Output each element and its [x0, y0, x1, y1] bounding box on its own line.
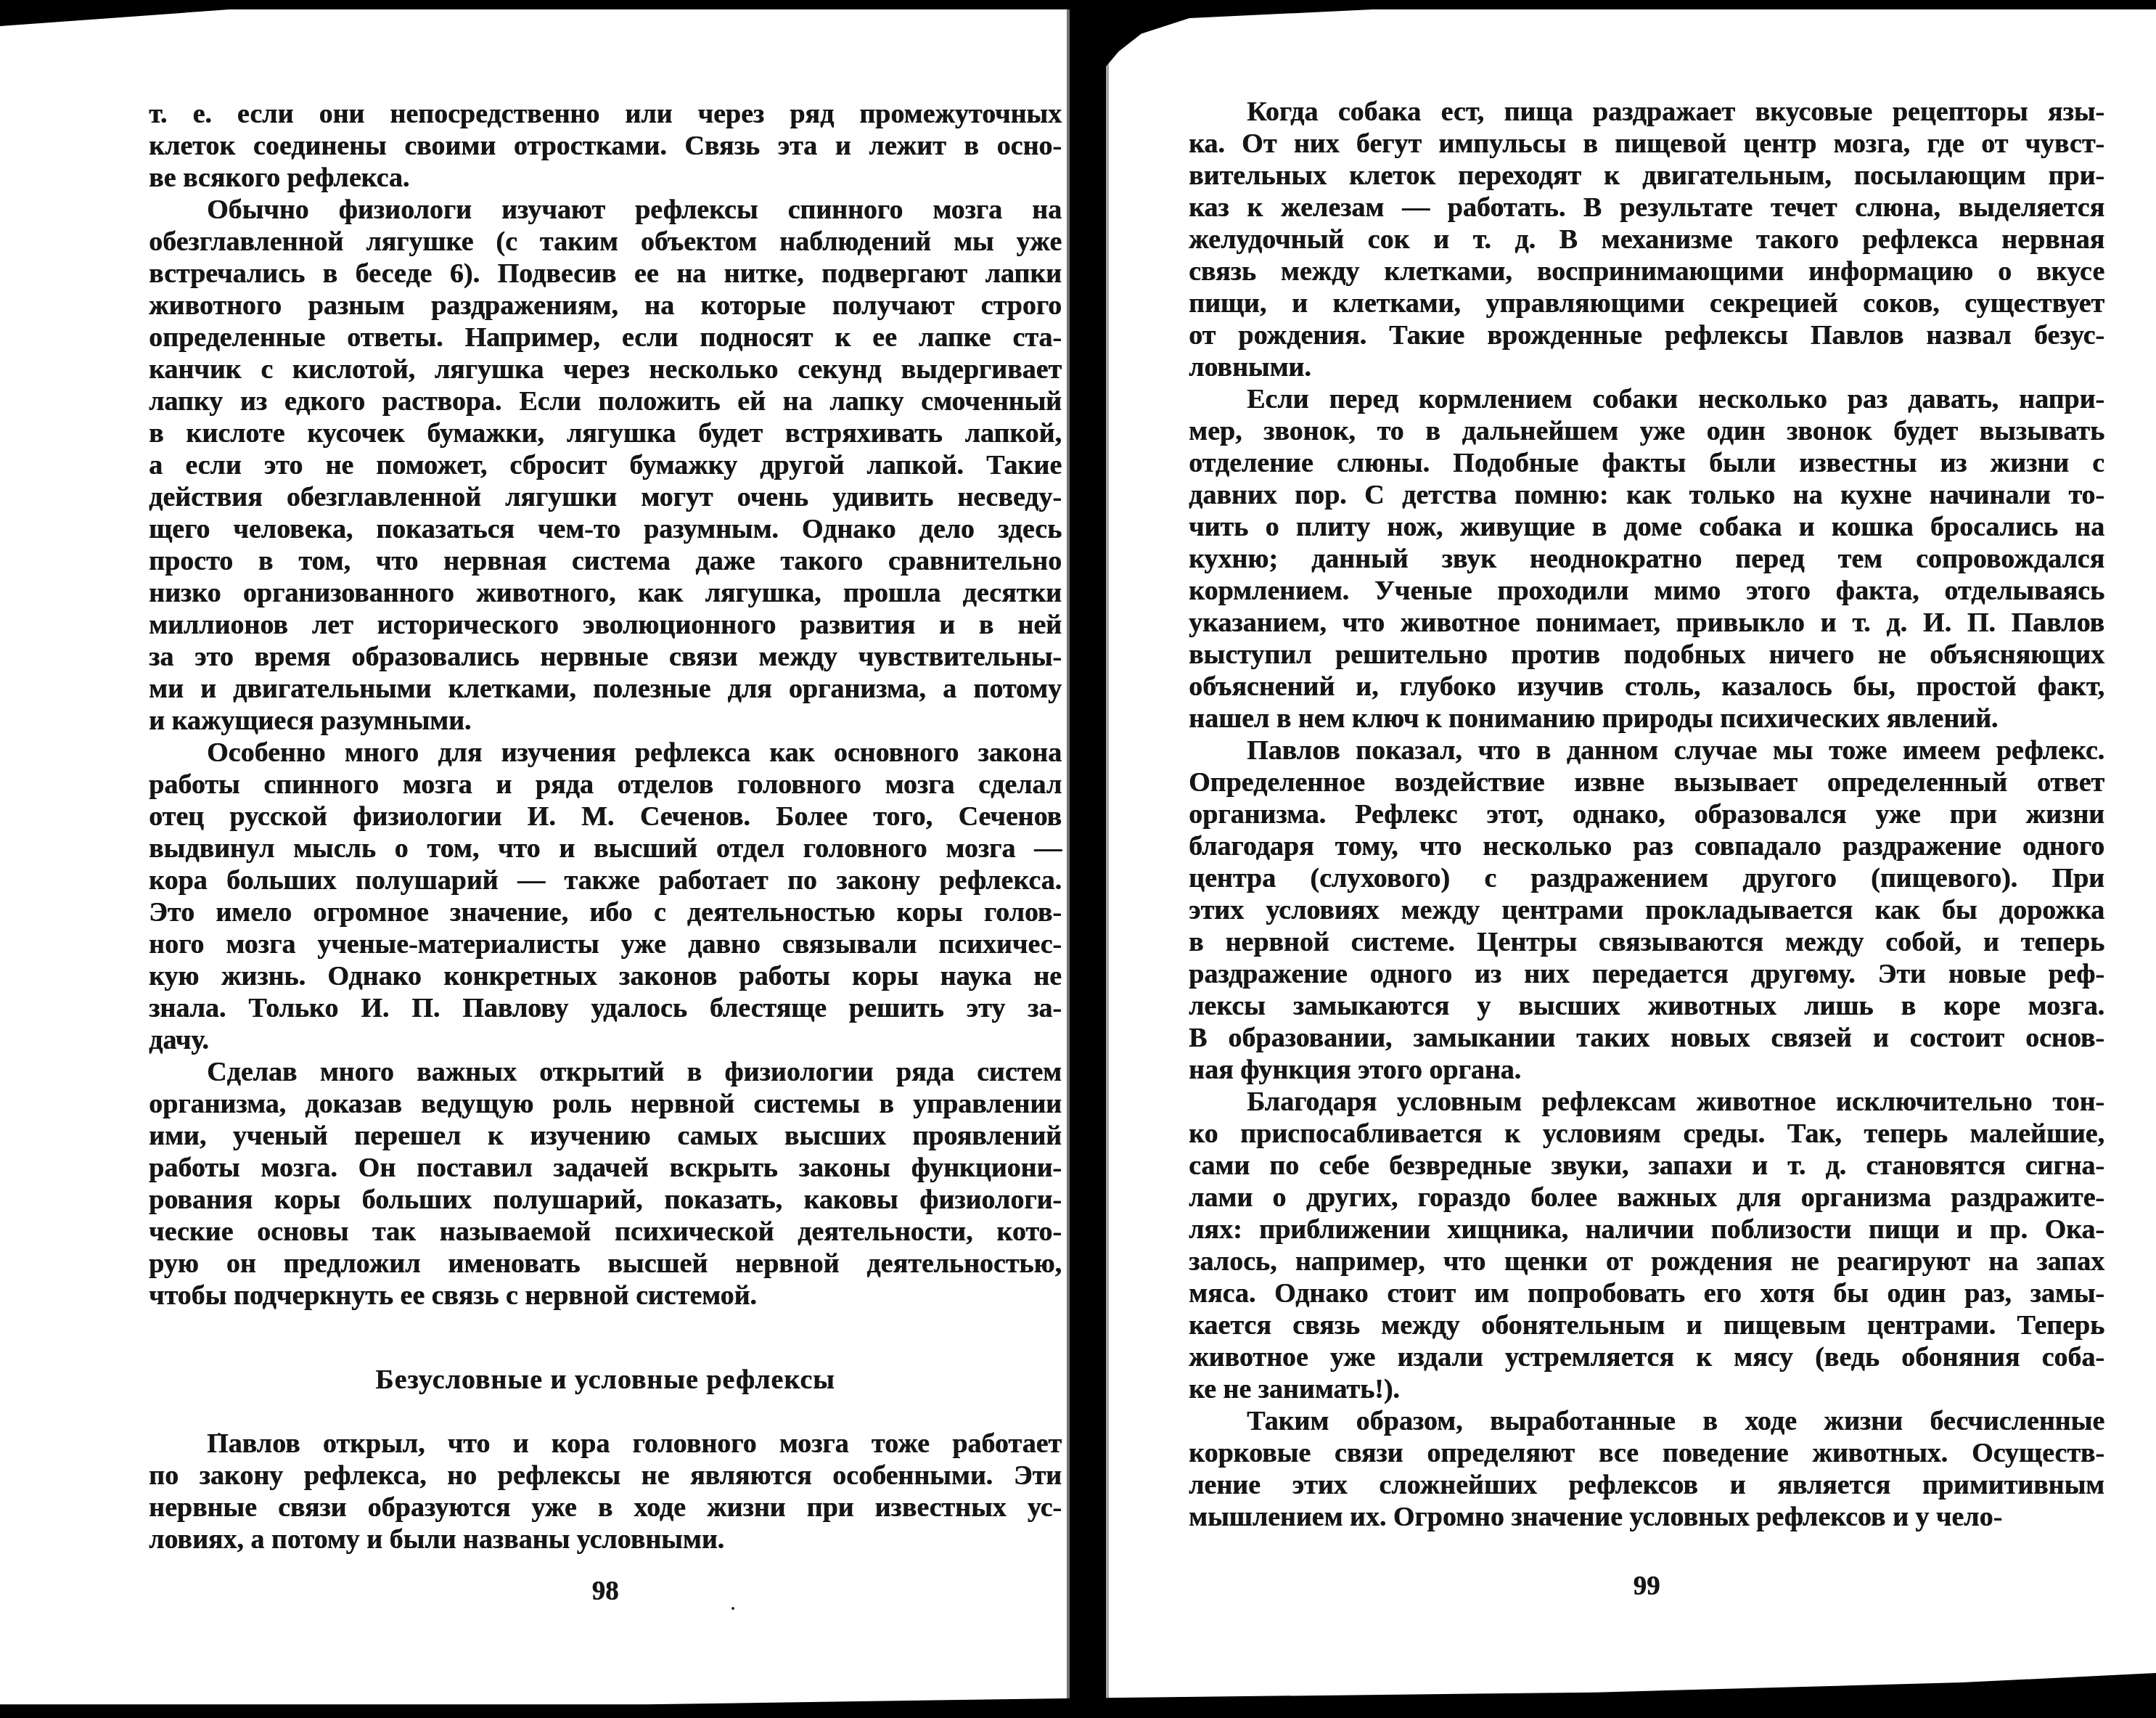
text-line: мяса. Однако стоит им попробовать его хо… [1189, 1277, 2104, 1309]
text-line: рую он предложил именовать высшей нервно… [149, 1248, 1062, 1280]
text-line: лами о других, гораздо более важных для … [1189, 1182, 2104, 1214]
text-line: нашел в нем ключ к пониманию природы пси… [1189, 703, 2104, 735]
text-line: ного мозга ученые-материалисты уже давно… [149, 928, 1062, 960]
text-line: отделение слюны. Подобные факты были изв… [1189, 447, 2104, 479]
text-line: а если это не поможет, сбросит бумажку д… [149, 449, 1062, 481]
text-line: организма. Рефлекс этот, однако, образов… [1189, 798, 2104, 830]
text-line: от рождения. Такие врожденные рефлексы П… [1189, 319, 2104, 351]
text-line: давних пор. С детства помню: как только … [1189, 479, 2104, 511]
text-line: определенные ответы. Например, если подн… [149, 322, 1062, 353]
text-line: выступил решительно против подобных ниче… [1189, 639, 2104, 671]
text-line: ление этих сложнейших рефлексов и являет… [1189, 1469, 2104, 1501]
text-line: и кажущиеся разумными. [149, 705, 1062, 737]
text-line: кую жизнь. Однако конкретных законов раб… [149, 960, 1062, 992]
text-line: ми и двигательными клетками, полезные дл… [149, 673, 1062, 705]
text-line: сами по себе безвредные звуки, запахи и … [1189, 1150, 2104, 1182]
text-line: кухню; данный звук неоднократно перед те… [1189, 543, 2104, 575]
text-line: отец русской физиологии И. М. Сеченов. Б… [149, 801, 1062, 833]
text-line: встречались в беседе 6). Подвесив ее на … [149, 258, 1062, 290]
text-line: указанием, что животное понимает, привык… [1189, 607, 2104, 639]
text-line: ная функция этого органа. [1189, 1054, 2104, 1086]
text-line: рования коры больших полушарий, показать… [149, 1184, 1062, 1216]
text-line: лапку из едкого раствора. Если положить … [149, 385, 1062, 417]
text-line: кормлением. Ученые проходили мимо этого … [1189, 575, 2104, 607]
text-line: Определенное воздействие извне вызывает … [1189, 766, 2104, 798]
text-line: Сделав много важных открытий в физиологи… [149, 1056, 1062, 1088]
text-line: каз к железам — работать. В результате т… [1189, 192, 2104, 224]
text-line: лях: приближении хищника, наличии поблиз… [1189, 1214, 2104, 1245]
text-line: раздражение одного из них передается дру… [1189, 958, 2104, 990]
text-line: мер, звонок, то в дальнейшем уже один зв… [1189, 415, 2104, 447]
text-line: Когда собака ест, пища раздражает вкусов… [1189, 96, 2104, 128]
text-line: дачу. [149, 1024, 1062, 1056]
text-line: корковые связи определяют все поведение … [1189, 1437, 2104, 1469]
top-left-corner-shadow [0, 9, 239, 26]
text-line: миллионов лет исторического эволюционног… [149, 609, 1062, 641]
text-line: канчик с кислотой, лягушка через несколь… [149, 353, 1062, 385]
text-line: ловными. [1189, 351, 2104, 383]
text-line: связь между клетками, воспринимающими ин… [1189, 255, 2104, 287]
text-line: т. е. если они непосредственно или через… [149, 98, 1062, 130]
text-line: знала. Только И. П. Павлову удалось блес… [149, 992, 1062, 1024]
page-left: т. е. если они непосредственно или через… [149, 98, 1062, 1608]
text-line: Таким образом, выработанные в ходе жизни… [1189, 1405, 2104, 1437]
text-line: лексы замыкаются у высших животных лишь … [1189, 990, 2104, 1022]
text-line: просто в том, что нервная система даже т… [149, 545, 1062, 577]
text-line: Это имело огромное значение, ибо с деяте… [149, 896, 1062, 928]
text-line: щего человека, показаться чем-то разумны… [149, 513, 1062, 545]
text-line: вительных клеток переходят к двигательны… [1189, 160, 2104, 192]
text-line: благодаря тому, что несколько раз совпад… [1189, 830, 2104, 862]
book-scan: т. е. если они непосредственно или через… [0, 0, 2156, 1718]
page-text: Когда собака ест, пища раздражает вкусов… [1189, 96, 2104, 1533]
text-line: ве всякого рефлекса. [149, 162, 1062, 194]
text-line: чтобы подчеркнуть ее связь с нервной сис… [149, 1280, 1062, 1312]
text-line: залось, например, что щенки от рождения … [1189, 1245, 2104, 1277]
page-number: 99 [1189, 1571, 2104, 1603]
text-line: кается связь между обонятельным и пищевы… [1189, 1309, 2104, 1341]
text-line: животное уже издали устремляется к мясу … [1189, 1341, 2104, 1373]
text-line: действия обезглавленной лягушки могут оч… [149, 481, 1062, 513]
text-line: животного разным раздражениям, на которы… [149, 290, 1062, 322]
text-line: Обычно физиологи изучают рефлексы спинно… [149, 194, 1062, 226]
text-line: Особенно много для изучения рефлекса как… [149, 737, 1062, 769]
text-line: желудочный сок и т. д. В механизме таког… [1189, 224, 2104, 255]
text-line: Павлов открыл, что и кора головного мозг… [149, 1428, 1062, 1460]
text-line: в кислоте кусочек бумажки, лягушка будет… [149, 417, 1062, 449]
text-line: в нервной системе. Центры связываются ме… [1189, 926, 2104, 958]
text-line: пищи, и клетками, управляющими секрецией… [1189, 287, 2104, 319]
section-heading: Безусловные и условные рефлексы [149, 1364, 1062, 1396]
text-line: чить о плиту нож, живущие в доме собака … [1189, 511, 2104, 543]
text-line: ими, ученый перешел к изучению самых выс… [149, 1120, 1062, 1152]
text-line: работы спинного мозга и ряда отделов гол… [149, 769, 1062, 801]
text-line: объяснений и, глубоко изучив столь, каза… [1189, 671, 2104, 703]
text-line: этих условиях между центрами прокладывае… [1189, 894, 2104, 926]
spine-top-corner-shadow [1104, 9, 1388, 68]
text-line: ческие основы так называемой психической… [149, 1216, 1062, 1248]
text-line: Павлов показал, что в данном случае мы т… [1189, 735, 2104, 766]
text-line: ка. От них бегут импульсы в пищевой цент… [1189, 128, 2104, 160]
text-line: ке не занимать!). [1189, 1373, 2104, 1405]
page-number: 98 [149, 1576, 1062, 1608]
text-line: ко приспосабливается к условиям среды. Т… [1189, 1118, 2104, 1150]
text-line: выдвинул мысль о том, что и высший отдел… [149, 833, 1062, 864]
text-line: работы мозга. Он поставил задачей вскрыт… [149, 1152, 1062, 1184]
text-line: организма, доказав ведущую роль нервной … [149, 1088, 1062, 1120]
text-line: ловиях, а потому и были названы условным… [149, 1523, 1062, 1555]
text-line: центра (слухового) с раздражением другог… [1189, 862, 2104, 894]
text-line: В образовании, замыкании таких новых свя… [1189, 1022, 2104, 1054]
text-line: кора больших полушарий — также работает … [149, 864, 1062, 896]
text-line: за это время образовались нервные связи … [149, 641, 1062, 673]
text-line: Если перед кормлением собаки несколько р… [1189, 383, 2104, 415]
text-line: обезглавленной лягушке (с таким объектом… [149, 226, 1062, 258]
text-line: мышлением их. Огромно значение условных … [1189, 1501, 2104, 1533]
book-spine-shadow [1070, 0, 1106, 1718]
text-line: низко организованного животного, как ляг… [149, 577, 1062, 609]
text-line: Благодаря условным рефлексам животное ис… [1189, 1086, 2104, 1118]
text-line: по закону рефлекса, но рефлексы не являю… [149, 1460, 1062, 1492]
text-line: клеток соединены своими отростками. Связ… [149, 130, 1062, 162]
text-line: нервные связи образуются уже в ходе жизн… [149, 1492, 1062, 1523]
page-text: т. е. если они непосредственно или через… [149, 98, 1062, 1555]
page-right: Когда собака ест, пища раздражает вкусов… [1189, 96, 2104, 1603]
